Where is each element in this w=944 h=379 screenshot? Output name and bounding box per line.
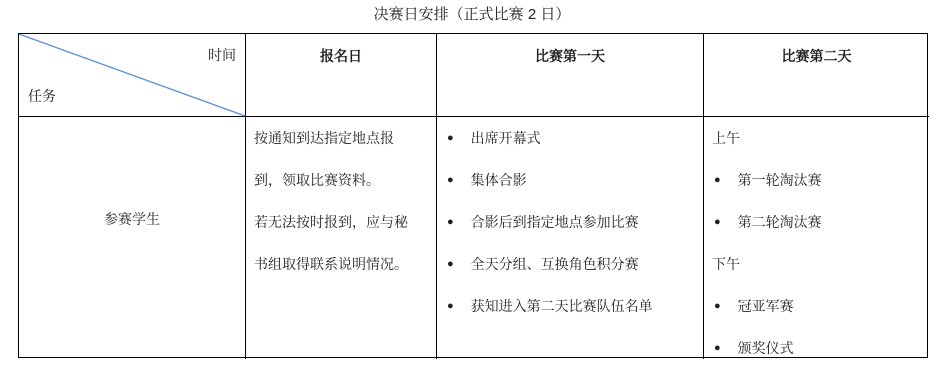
bullet-icon: ●	[447, 133, 454, 144]
list-item: ● 获知进入第二天比赛队伍名单	[447, 285, 699, 327]
bullet-icon: ●	[447, 301, 454, 312]
list-item: ● 第一轮淘汰赛	[712, 159, 929, 201]
list-item: ● 冠亚军赛	[712, 285, 929, 327]
corner-cell: 时间 任务	[19, 34, 246, 117]
col-header-registration-day: 报名日	[246, 34, 437, 117]
list-item: ● 出席开幕式	[447, 117, 699, 159]
morning-label: 上午	[712, 117, 929, 159]
bullet-text: 冠亚军赛	[738, 296, 794, 316]
registration-line: 按通知到达指定地点报	[254, 117, 428, 159]
page-title: 决赛日安排（正式比赛 2 日）	[0, 3, 944, 27]
registration-day-cell: 按通知到达指定地点报 到，领取比赛资料。 若无法按时报到，应与秘 书组取得联系说…	[246, 117, 437, 359]
registration-line: 书组取得联系说明情况。	[254, 243, 428, 285]
col-header-day2: 比赛第二天	[704, 34, 929, 117]
corner-time-label: 时间	[208, 45, 236, 65]
bullet-icon: ●	[714, 217, 721, 228]
bullet-text: 颁奖仪式	[738, 338, 794, 358]
list-item: ● 集体合影	[447, 159, 699, 201]
document-page: 决赛日安排（正式比赛 2 日） 时间 任务 报名日 比赛第一天 比赛第二天 参赛…	[0, 0, 944, 379]
bullet-text: 第二轮淘汰赛	[738, 212, 822, 232]
registration-line: 到，领取比赛资料。	[254, 159, 428, 201]
bullet-text: 合影后到指定地点参加比赛	[471, 212, 639, 232]
list-item: ● 全天分组、互换角色积分赛	[447, 243, 699, 285]
bullet-icon: ●	[714, 343, 721, 354]
registration-line: 若无法按时报到，应与秘	[254, 201, 428, 243]
bullet-text: 集体合影	[471, 170, 527, 190]
list-item: ● 第二轮淘汰赛	[712, 201, 929, 243]
schedule-table: 时间 任务 报名日 比赛第一天 比赛第二天 参赛学生 按通知到达指定地点报 到，…	[18, 33, 928, 358]
afternoon-label: 下午	[712, 243, 929, 285]
corner-task-label: 任务	[28, 86, 56, 106]
bullet-icon: ●	[714, 175, 721, 186]
bullet-icon: ●	[714, 301, 721, 312]
day2-cell: 上午 ● 第一轮淘汰赛 ● 第二轮淘汰赛 下午 ● 冠亚军赛 ● 颁奖仪式	[704, 117, 929, 359]
bullet-text: 全天分组、互换角色积分赛	[471, 254, 639, 274]
bullet-icon: ●	[447, 217, 454, 228]
list-item: ● 颁奖仪式	[712, 327, 929, 369]
task-cell: 参赛学生	[19, 117, 246, 359]
bullet-icon: ●	[447, 259, 454, 270]
bullet-icon: ●	[447, 175, 454, 186]
list-item: ● 合影后到指定地点参加比赛	[447, 201, 699, 243]
bullet-text: 出席开幕式	[471, 128, 541, 148]
task-label-participants: 参赛学生	[104, 209, 160, 229]
bullet-text: 获知进入第二天比赛队伍名单	[471, 296, 653, 316]
col-header-day1: 比赛第一天	[437, 34, 704, 117]
bullet-text: 第一轮淘汰赛	[738, 170, 822, 190]
day1-cell: ● 出席开幕式 ● 集体合影 ● 合影后到指定地点参加比赛 ● 全天分组、互换角…	[437, 117, 704, 359]
